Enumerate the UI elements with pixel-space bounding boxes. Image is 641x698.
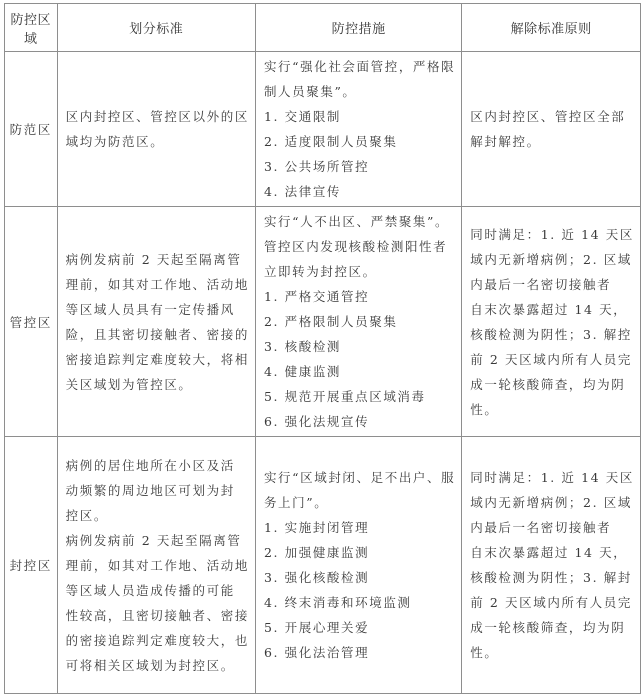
measures-line: 3. 核酸检测 [264, 334, 455, 359]
criteria-line: 性较高，且密切接触者、密接 [66, 603, 249, 628]
measures-line: 实行“人不出区、严禁聚集”。 [264, 209, 455, 234]
release-line: 同时满足：1. 近 14 天区 [470, 465, 634, 490]
release-line: 自末次暴露超过 14 天， [470, 297, 634, 322]
criteria-line: 可将相关区域划为封控区。 [66, 653, 249, 678]
measures-line: 4. 终末消毒和环境监测 [264, 590, 455, 615]
release-line: 解封解控。 [470, 129, 634, 154]
criteria-line: 控区。 [66, 503, 249, 528]
measures-line: 1. 交通限制 [264, 104, 455, 129]
header-release: 解除标准原则 [462, 4, 641, 52]
release-line: 成一轮核酸筛查，均为阴 [470, 615, 634, 640]
criteria-line: 病例发病前 2 天起至隔离管 [66, 528, 249, 553]
release-line: 域内无新增病例；2. 区域 [470, 247, 634, 272]
measures-line: 6. 强化法治管理 [264, 640, 455, 665]
measures-line: 务上门”。 [264, 490, 455, 515]
measures-line: 立即转为封控区。 [264, 259, 455, 284]
release-line: 内最后一名密切接触者 [470, 272, 634, 297]
measures-line: 4. 法律宣传 [264, 179, 455, 204]
measures-line: 3. 公共场所管控 [264, 154, 455, 179]
table-row-prevention-zone: 防范区 区内封控区、管控区以外的区 域均为防范区。 实行“强化社会面管控，严格限… [5, 52, 641, 207]
measures-cell: 实行“人不出区、严禁聚集”。 管控区内发现核酸检测阳性者 立即转为封控区。 1.… [255, 207, 461, 437]
measures-line: 制人员聚集”。 [264, 79, 455, 104]
release-line: 域内无新增病例；2. 区域 [470, 490, 634, 515]
measures-line: 1. 严格交通管控 [264, 284, 455, 309]
header-row: 防控区域 划分标准 防控措施 解除标准原则 [5, 4, 641, 52]
release-cell: 同时满足：1. 近 14 天区 域内无新增病例；2. 区域 内最后一名密切接触者… [462, 207, 641, 437]
release-line: 成一轮核酸筛查，均为阴 [470, 372, 634, 397]
criteria-line: 病例发病前 2 天起至隔离管 [66, 247, 249, 272]
release-cell: 区内封控区、管控区全部 解封解控。 [462, 52, 641, 207]
zone-name: 封控区 [5, 437, 58, 694]
criteria-line: 关区域划为管控区。 [66, 372, 249, 397]
measures-cell: 实行“区域封闭、足不出户、服 务上门”。 1. 实施封闭管理 2. 加强健康监测… [255, 437, 461, 694]
header-measures: 防控措施 [255, 4, 461, 52]
criteria-line: 险，且其密切接触者、密接的 [66, 322, 249, 347]
criteria-line: 理前，如其对工作地、活动地 [66, 553, 249, 578]
measures-line: 1. 实施封闭管理 [264, 515, 455, 540]
header-criteria: 划分标准 [57, 4, 255, 52]
measures-line: 4. 健康监测 [264, 359, 455, 384]
criteria-line: 等区域人员具有一定传播风 [66, 297, 249, 322]
measures-line: 3. 强化核酸检测 [264, 565, 455, 590]
criteria-cell: 区内封控区、管控区以外的区 域均为防范区。 [57, 52, 255, 207]
zone-name: 管控区 [5, 207, 58, 437]
release-line: 性。 [470, 397, 634, 422]
release-line: 前 2 天区域内所有人员完 [470, 590, 634, 615]
zone-name: 防范区 [5, 52, 58, 207]
measures-line: 2. 严格限制人员聚集 [264, 309, 455, 334]
release-line: 前 2 天区域内所有人员完 [470, 347, 634, 372]
release-line: 核酸检测为阴性；3. 解控 [470, 322, 634, 347]
criteria-cell: 病例的居住地所在小区及活 动频繁的周边地区可划为封 控区。 病例发病前 2 天起… [57, 437, 255, 694]
criteria-line: 区内封控区、管控区以外的区 [66, 104, 249, 129]
measures-cell: 实行“强化社会面管控，严格限 制人员聚集”。 1. 交通限制 2. 适度限制人员… [255, 52, 461, 207]
measures-line: 实行“区域封闭、足不出户、服 [264, 465, 455, 490]
header-zone: 防控区域 [5, 4, 58, 52]
criteria-line: 等区域人员造成传播的可能 [66, 578, 249, 603]
criteria-line: 病例的居住地所在小区及活 [66, 453, 249, 478]
criteria-line: 域均为防范区。 [66, 129, 249, 154]
measures-line: 6. 强化法规宣传 [264, 409, 455, 434]
criteria-line: 动频繁的周边地区可划为封 [66, 478, 249, 503]
release-line: 自末次暴露超过 14 天， [470, 540, 634, 565]
table-row-control-zone: 管控区 病例发病前 2 天起至隔离管 理前，如其对工作地、活动地 等区域人员具有… [5, 207, 641, 437]
release-line: 内最后一名密切接触者 [470, 515, 634, 540]
measures-line: 管控区内发现核酸检测阳性者 [264, 234, 455, 259]
criteria-line: 理前，如其对工作地、活动地 [66, 272, 249, 297]
zone-control-table: 防控区域 划分标准 防控措施 解除标准原则 防范区 区内封控区、管控区以外的区 … [4, 3, 641, 694]
measures-line: 2. 适度限制人员聚集 [264, 129, 455, 154]
release-cell: 同时满足：1. 近 14 天区 域内无新增病例；2. 区域 内最后一名密切接触者… [462, 437, 641, 694]
measures-line: 5. 开展心理关爱 [264, 615, 455, 640]
measures-line: 5. 规范开展重点区域消毒 [264, 384, 455, 409]
criteria-line: 密接追踪判定难度较大，将相 [66, 347, 249, 372]
criteria-cell: 病例发病前 2 天起至隔离管 理前，如其对工作地、活动地 等区域人员具有一定传播… [57, 207, 255, 437]
criteria-line: 的密接追踪判定难度较大，也 [66, 628, 249, 653]
measures-line: 实行“强化社会面管控，严格限 [264, 54, 455, 79]
table-row-lockdown-zone: 封控区 病例的居住地所在小区及活 动频繁的周边地区可划为封 控区。 病例发病前 … [5, 437, 641, 694]
release-line: 核酸检测为阴性；3. 解封 [470, 565, 634, 590]
measures-line: 2. 加强健康监测 [264, 540, 455, 565]
release-line: 同时满足：1. 近 14 天区 [470, 222, 634, 247]
release-line: 性。 [470, 640, 634, 665]
release-line: 区内封控区、管控区全部 [470, 104, 634, 129]
